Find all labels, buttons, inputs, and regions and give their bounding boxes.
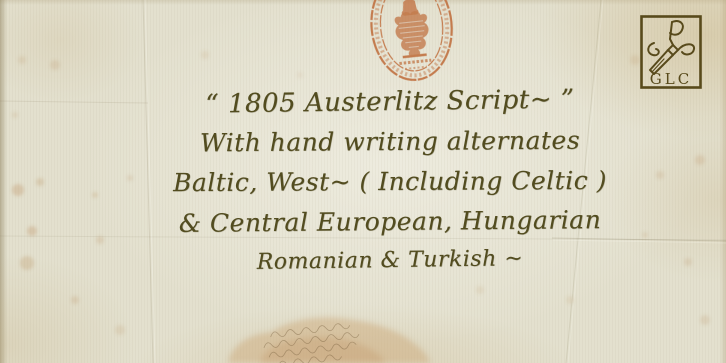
specimen-line-alternates: With hand writing alternates	[168, 120, 612, 163]
specimen-line-baltic-west: Baltic, West~ ( Including Celtic )	[168, 161, 612, 203]
font-specimen-poster: GLC “ 1805 Austerlitz Script~ ” With han…	[0, 0, 726, 363]
quill-monogram-icon: GLC	[640, 15, 702, 90]
specimen-text-block: “ 1805 Austerlitz Script~ ” With hand wr…	[168, 82, 612, 280]
specimen-line-romanian-turkish: Romanian & Turkish ~	[168, 239, 612, 283]
font-title-line: “ 1805 Austerlitz Script~ ”	[168, 79, 613, 125]
show-through-patch	[228, 318, 430, 363]
glc-logo-text: GLC	[650, 70, 692, 88]
crowned-eagle-emblem	[392, 0, 432, 70]
specimen-line-central-european: & Central European, Hungarian	[168, 200, 612, 244]
ink-stamp-icon	[366, 0, 462, 88]
glc-foundry-logo: GLC	[640, 15, 702, 90]
